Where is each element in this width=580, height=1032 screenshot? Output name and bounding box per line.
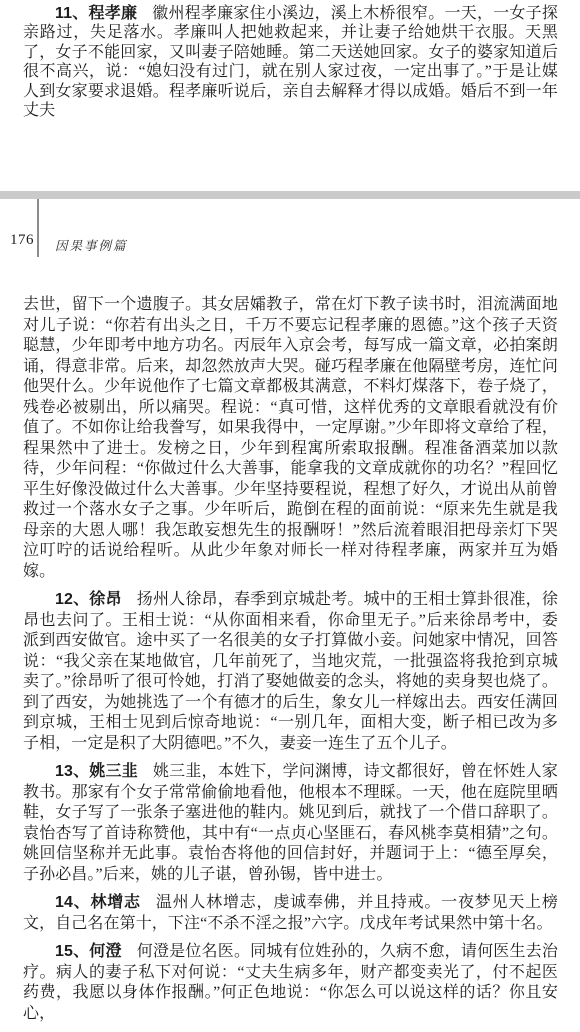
story-heading: 12、徐昂 bbox=[55, 591, 122, 608]
previous-page-tail: 11、程孝廉徽州程孝廉家住小溪边，溪上木桥很窄。一天，一女子探亲路过，失足落水。… bbox=[23, 4, 558, 120]
story-paragraph: 11、程孝廉徽州程孝廉家住小溪边，溪上木桥很窄。一天，一女子探亲路过，失足落水。… bbox=[23, 4, 558, 120]
story-continuation-paragraph: 去世，留下一个遗腹子。其女居孀教子，常在灯下教子读书时，泪流满面地对儿子说：“你… bbox=[23, 295, 558, 582]
story-heading: 13、姚三韭 bbox=[55, 763, 138, 780]
running-header: 176 因果事例篇 bbox=[0, 199, 580, 259]
book-page: 11、程孝廉徽州程孝廉家住小溪边，溪上木桥很窄。一天，一女子探亲路过，失足落水。… bbox=[0, 0, 580, 1032]
story-heading: 15、何澄 bbox=[55, 943, 122, 960]
story-text: 扬州人徐昂，春季到京城赴考。城中的王相士算卦很准，徐昂也去问了。王相士说：“从你… bbox=[23, 591, 558, 752]
header-divider-line bbox=[37, 199, 39, 257]
page-body: 去世，留下一个遗腹子。其女居孀教子，常在灯下教子读书时，泪流满面地对儿子说：“你… bbox=[23, 295, 558, 1024]
page-separator bbox=[0, 191, 580, 199]
story-text: 姚三韭，本姓下，学问渊博，诗文都很好，曾在怀姓人家教书。那家有个女子常常偷偷地看… bbox=[23, 763, 558, 883]
story-heading: 11、程孝廉 bbox=[55, 5, 137, 22]
story-heading: 14、林增志 bbox=[55, 894, 141, 911]
chapter-title: 因果事例篇 bbox=[55, 236, 128, 254]
story-paragraph: 15、何澄何澄是位名医。同城有位姓孙的，久病不愈，请何医生去治疗。病人的妻子私下… bbox=[23, 942, 558, 1024]
story-paragraph: 13、姚三韭姚三韭，本姓下，学问渊博，诗文都很好，曾在怀姓人家教书。那家有个女子… bbox=[23, 762, 558, 885]
story-paragraph: 14、林增志温州人林增志，虔诚奉佛，并且持戒。一夜梦见天上榜文，自己名在第十，下… bbox=[23, 893, 558, 934]
story-paragraph: 12、徐昂扬州人徐昂，春季到京城赴考。城中的王相士算卦很准，徐昂也去问了。王相士… bbox=[23, 590, 558, 754]
story-text: 徽州程孝廉家住小溪边，溪上木桥很窄。一天，一女子探亲路过，失足落水。孝廉叫人把她… bbox=[23, 5, 558, 119]
page-number: 176 bbox=[10, 232, 34, 249]
story-continuation-text: 去世，留下一个遗腹子。其女居孀教子，常在灯下教子读书时，泪流满面地对儿子说：“你… bbox=[23, 296, 558, 580]
